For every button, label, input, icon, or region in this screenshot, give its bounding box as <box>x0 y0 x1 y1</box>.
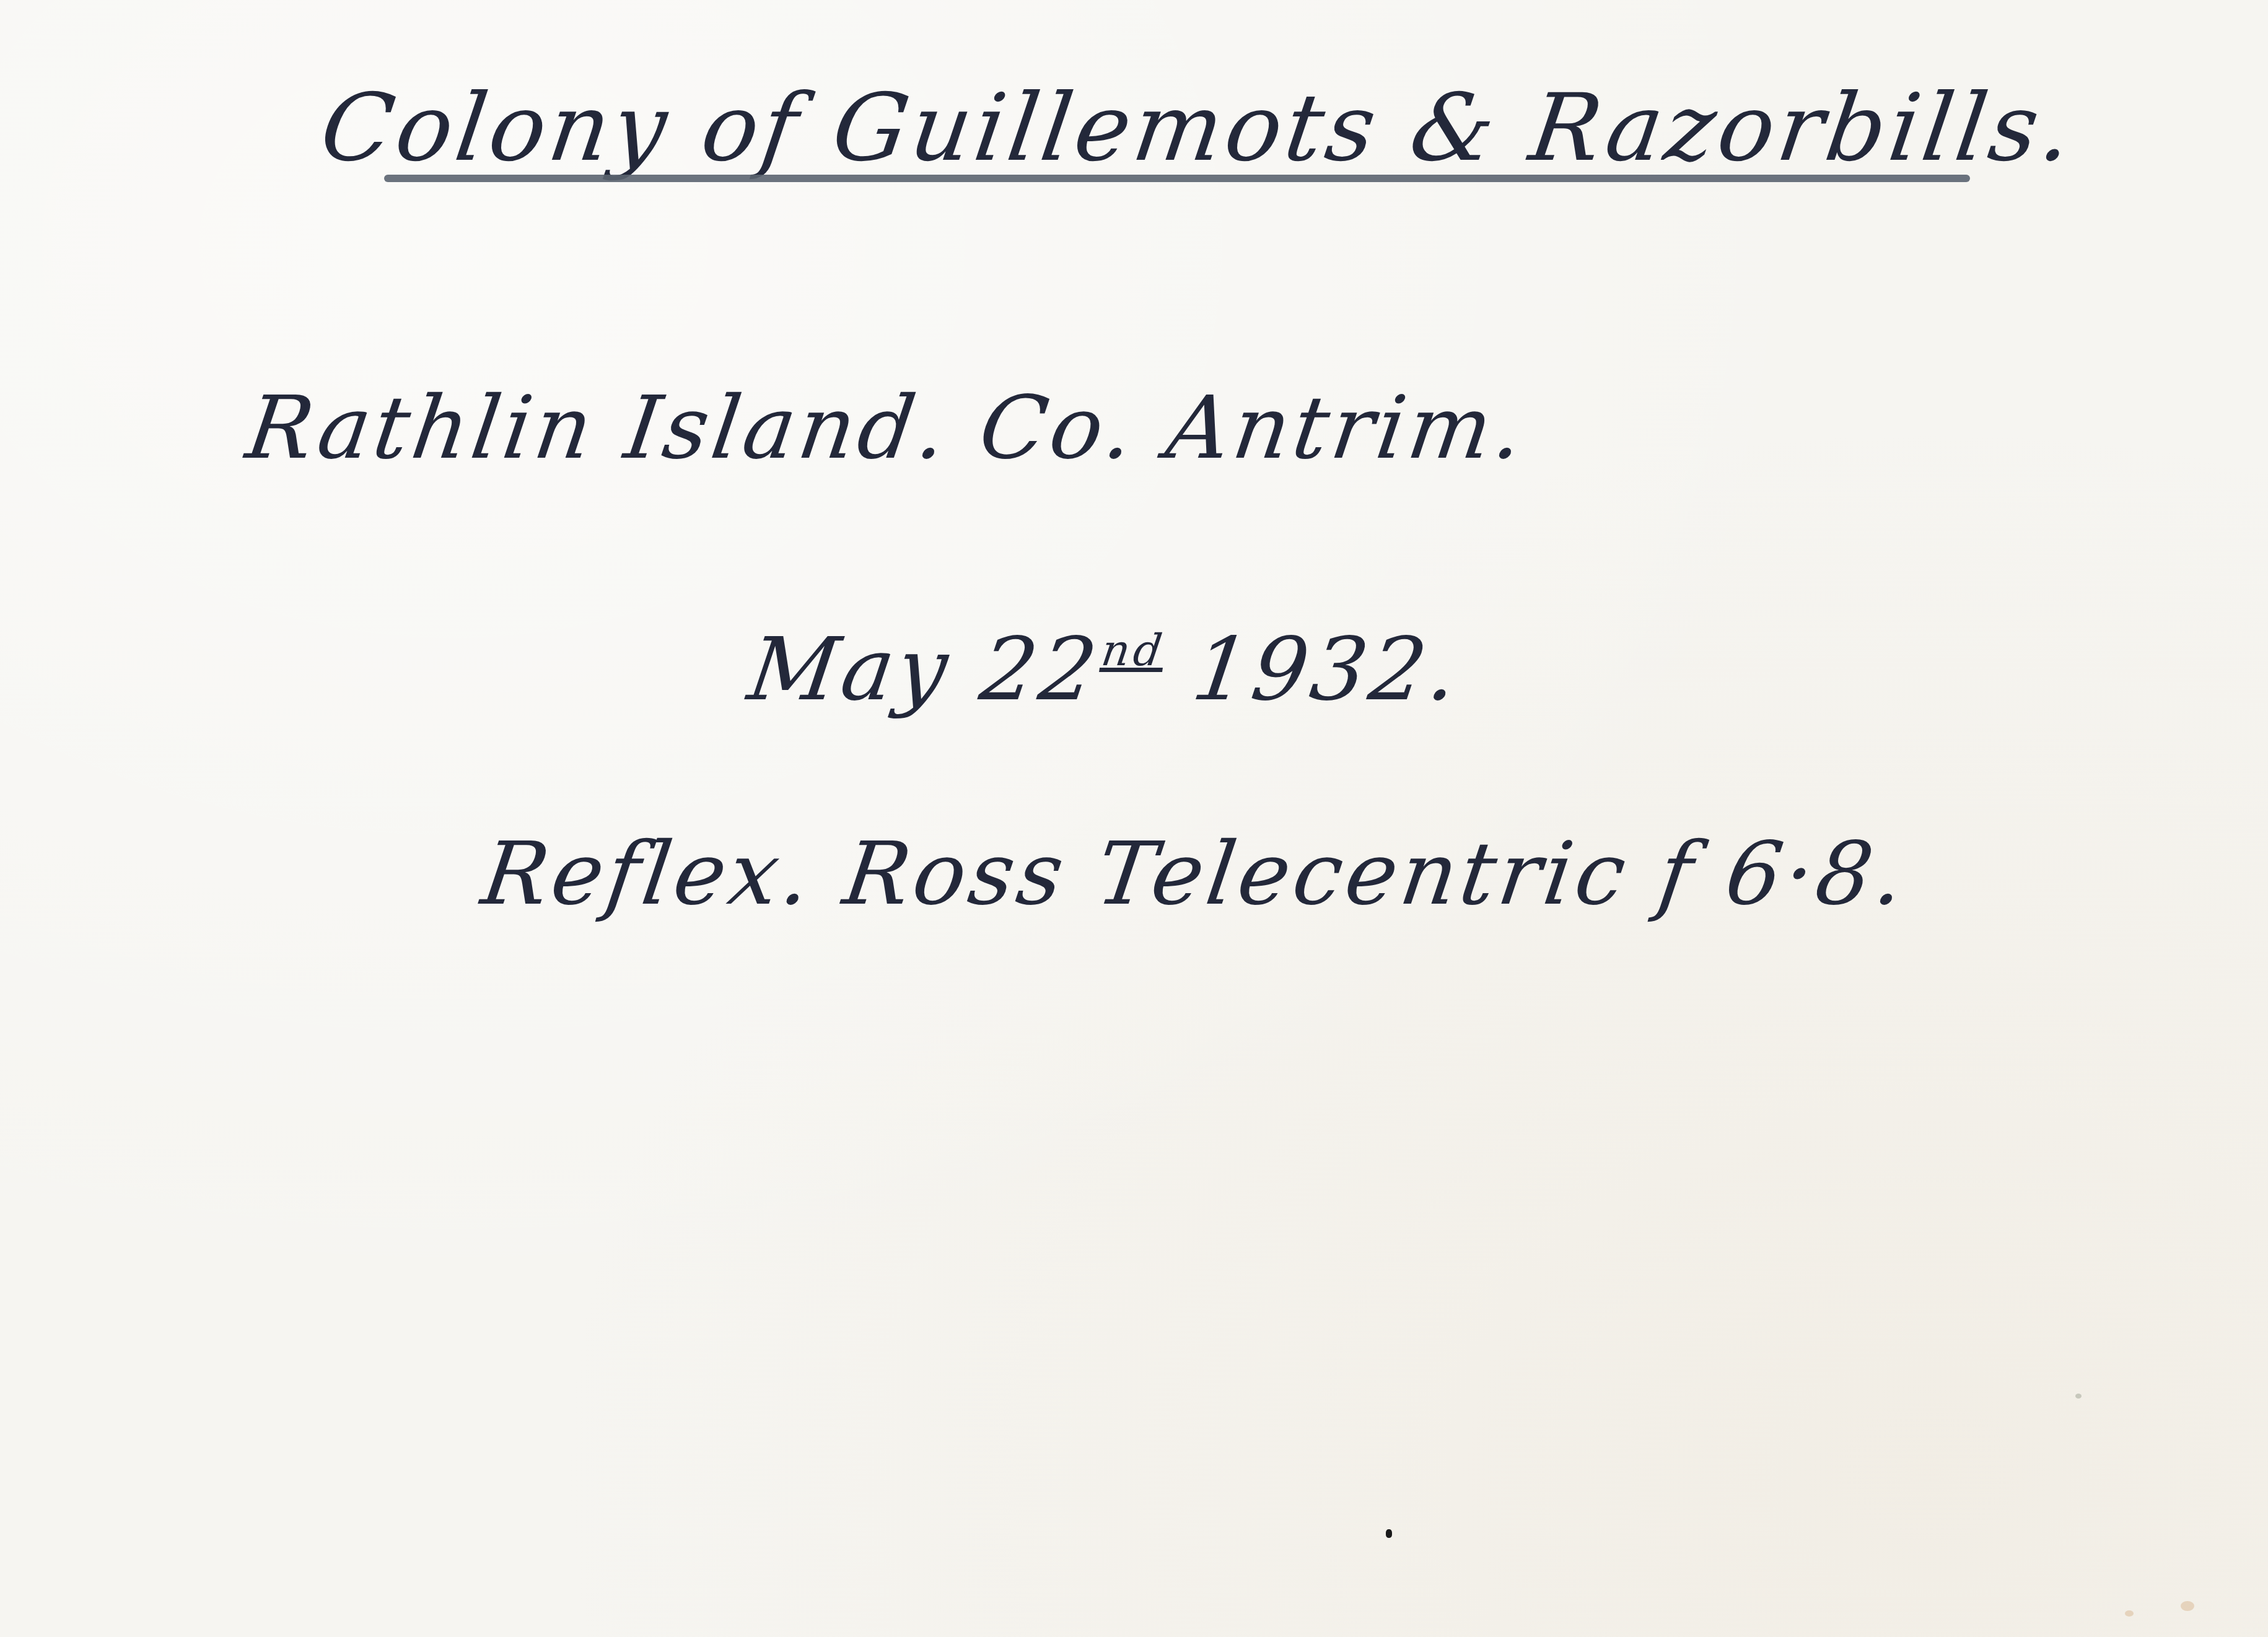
date-month-day: May 22 <box>743 619 1106 720</box>
caption-card: Colony of Guillemots & Razorbills. Rathl… <box>0 0 2268 1637</box>
foxing-stain <box>2075 1394 2082 1399</box>
caption-title: Colony of Guillemots & Razorbills. <box>315 74 2083 182</box>
ink-speck <box>1386 1529 1392 1538</box>
date-year: 1932. <box>1187 619 1468 720</box>
title-underline <box>384 175 1970 182</box>
caption-location: Rathlin Island. Co. Antrim. <box>241 378 1533 479</box>
caption-camera-details: Reflex. Ross Telecentric f 6·8. <box>476 824 1914 925</box>
foxing-stain <box>2125 1610 2134 1617</box>
foxing-stain <box>2181 1601 2194 1611</box>
date-ordinal-suffix: nd <box>1098 625 1168 676</box>
caption-date: May 22nd 1932. <box>743 619 1468 720</box>
